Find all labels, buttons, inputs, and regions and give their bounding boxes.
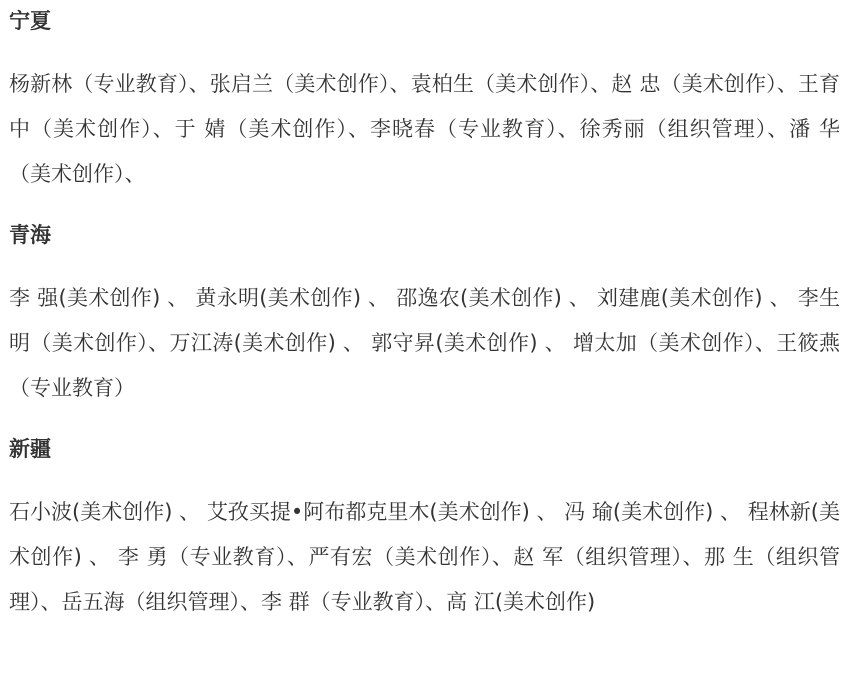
- section-heading-ningxia: 宁夏: [9, 5, 840, 37]
- section-qinghai: 青海 李 强(美术创作) 、 黄永明(美术创作) 、 邵逸农(美术创作) 、 刘…: [9, 219, 840, 411]
- document-content: 宁夏 杨新林（专业教育）、张启兰（美术创作）、袁柏生（美术创作）、赵 忠（美术创…: [9, 5, 840, 625]
- section-body-xinjiang: 石小波(美术创作) 、 艾孜买提•阿布都克里木(美术创作) 、 冯 瑜(美术创作…: [9, 490, 840, 625]
- section-body-ningxia: 杨新林（专业教育）、张启兰（美术创作）、袁柏生（美术创作）、赵 忠（美术创作）、…: [9, 62, 840, 197]
- section-heading-xinjiang: 新疆: [9, 433, 840, 465]
- section-ningxia: 宁夏 杨新林（专业教育）、张启兰（美术创作）、袁柏生（美术创作）、赵 忠（美术创…: [9, 5, 840, 197]
- section-heading-qinghai: 青海: [9, 219, 840, 251]
- section-xinjiang: 新疆 石小波(美术创作) 、 艾孜买提•阿布都克里木(美术创作) 、 冯 瑜(美…: [9, 433, 840, 625]
- section-body-qinghai: 李 强(美术创作) 、 黄永明(美术创作) 、 邵逸农(美术创作) 、 刘建鹿(…: [9, 276, 840, 411]
